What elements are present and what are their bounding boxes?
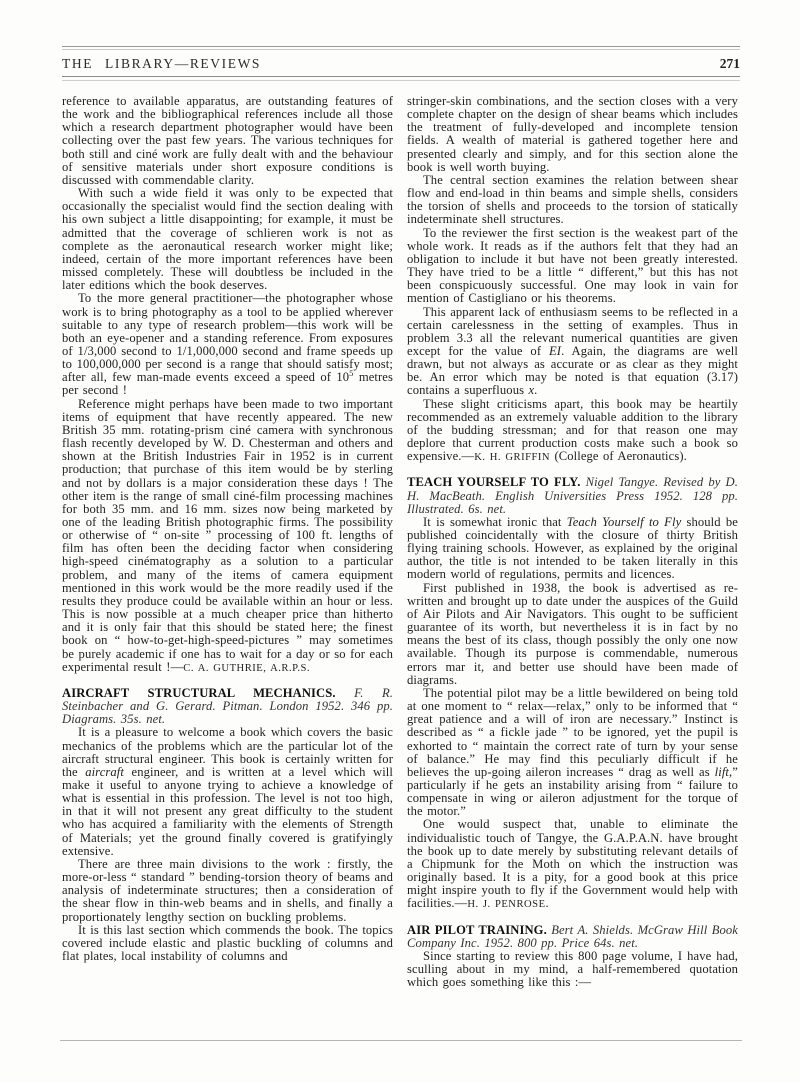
review-heading: AIR PILOT TRAINING. Bert A. Shields. McG…: [407, 924, 738, 950]
paragraph: It is somewhat ironic that Teach Yoursel…: [407, 516, 738, 582]
header-rule-bottom-faint: [62, 80, 740, 81]
header-rule-top-faint: [62, 49, 740, 50]
review-heading: TEACH YOURSELF TO FLY. Nigel Tangye. Rev…: [407, 476, 738, 515]
paragraph: To the reviewer the first section is the…: [407, 227, 738, 306]
paragraph: First published in 1938, the book is adv…: [407, 582, 738, 687]
header-rule-top: [62, 46, 740, 47]
paragraph: These slight criticisms apart, this book…: [407, 398, 738, 465]
paragraph: reference to available apparatus, are ou…: [62, 95, 393, 187]
paragraph: The central section examines the relatio…: [407, 174, 738, 227]
paragraph: The potential pilot may be a little bewi…: [407, 687, 738, 819]
header-rule-bottom: [62, 76, 740, 77]
paragraph: There are three main divisions to the wo…: [62, 858, 393, 924]
right-column: stringer-skin combinations, and the sect…: [407, 95, 738, 989]
page-number: 271: [720, 56, 740, 72]
paragraph: One would suspect that, unable to elimin…: [407, 818, 738, 911]
page-bottom-scan-edge: [60, 1040, 742, 1041]
paragraph: Since starting to review this 800 page v…: [407, 950, 738, 989]
paragraph: This apparent lack of enthusiasm seems t…: [407, 306, 738, 398]
paragraph: It is a pleasure to welcome a book which…: [62, 726, 393, 858]
paragraph: stringer-skin combinations, and the sect…: [407, 95, 738, 174]
paragraph: With such a wide field it was only to be…: [62, 187, 393, 292]
paragraph: To the more general practitioner—the pho…: [62, 292, 393, 397]
left-column: reference to available apparatus, are ou…: [62, 95, 393, 963]
paragraph: It is this last section which commends t…: [62, 924, 393, 963]
scanned-review-page: THE LIBRARY—REVIEWS 271 reference to ava…: [0, 0, 800, 1083]
page-header: THE LIBRARY—REVIEWS 271: [62, 46, 740, 81]
journal-title: THE LIBRARY—REVIEWS: [62, 56, 261, 72]
paragraph: Reference might perhaps have been made t…: [62, 398, 393, 675]
review-heading: AIRCRAFT STRUCTURAL MECHANICS. F. R. Ste…: [62, 687, 393, 726]
